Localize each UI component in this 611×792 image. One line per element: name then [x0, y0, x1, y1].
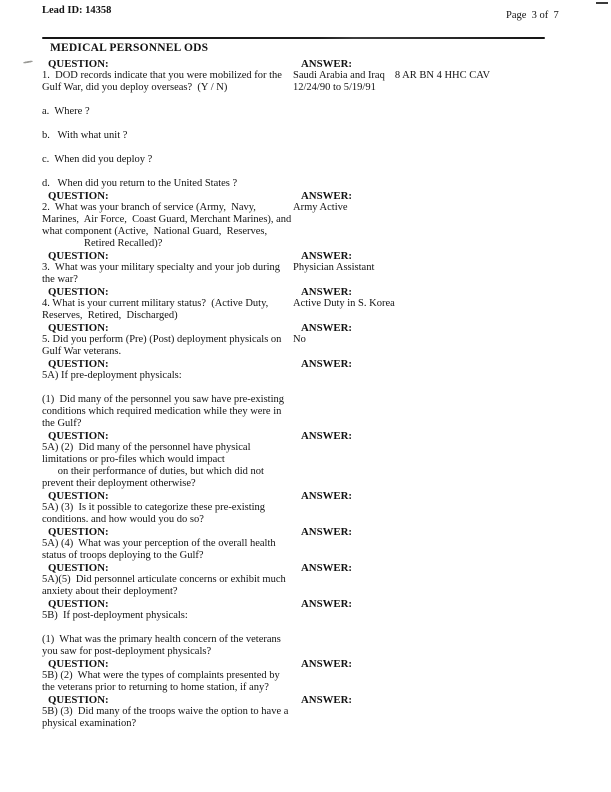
question-sub-line: the Gulf? [42, 418, 293, 430]
question-line: Gulf War veterans. [42, 346, 293, 358]
question-line: physical examination? [42, 718, 293, 730]
question-sub-line: b. With what unit ? [42, 130, 293, 142]
answer-label: ANSWER: [293, 658, 587, 670]
answer-column: ANSWER:Army Active [293, 190, 587, 214]
question-label: QUESTION: [42, 598, 293, 610]
answer-label: ANSWER: [293, 190, 587, 202]
answer-line: Saudi Arabia and Iraq [293, 70, 385, 82]
qa-row: QUESTION:1. DOD records indicate that yo… [42, 58, 587, 190]
question-column: QUESTION:1. DOD records indicate that yo… [42, 58, 293, 190]
scan-artifact-smudge [23, 60, 33, 64]
answer-column: ANSWER: [293, 430, 587, 442]
question-label: QUESTION: [42, 322, 293, 334]
question-line: 5B) If post-deployment physicals: [42, 610, 293, 622]
question-line: Gulf War, did you deploy overseas? (Y / … [42, 82, 293, 94]
qa-block: QUESTION:5A)(5) Did personnel articulate… [42, 562, 587, 598]
question-line: 3. What was your military specialty and … [42, 262, 293, 274]
question-line: Marines, Air Force, Coast Guard, Merchan… [42, 214, 293, 226]
answer-line: 12/24/90 to 5/19/91 [293, 82, 587, 94]
question-column: QUESTION:5B) (3) Did many of the troops … [42, 694, 293, 730]
question-label: QUESTION: [42, 658, 293, 670]
qa-list: QUESTION:1. DOD records indicate that yo… [42, 58, 587, 730]
question-column: QUESTION:2. What was your branch of serv… [42, 190, 293, 250]
qa-block: QUESTION:5. Did you perform (Pre) (Post)… [42, 322, 587, 358]
question-line: 5A)(5) Did personnel articulate concerns… [42, 574, 293, 586]
question-line: on their performance of duties, but whic… [42, 466, 293, 478]
answer-label: ANSWER: [293, 598, 587, 610]
answer-label: ANSWER: [293, 322, 587, 334]
document-content: MEDICAL PERSONNEL ODS QUESTION:1. DOD re… [42, 37, 587, 730]
question-column: QUESTION:5A)(5) Did personnel articulate… [42, 562, 293, 598]
answer-column: ANSWER:No [293, 322, 587, 346]
question-column: QUESTION:5A) (4) What was your perceptio… [42, 526, 293, 562]
answer-column: ANSWER:Physician Assistant [293, 250, 587, 274]
qa-row: QUESTION:5B) If post-deployment physical… [42, 598, 587, 658]
qa-row: QUESTION:5A)(5) Did personnel articulate… [42, 562, 587, 598]
question-column: QUESTION:5A) (3) Is it possible to categ… [42, 490, 293, 526]
qa-row: QUESTION:5A) If pre-deployment physicals… [42, 358, 587, 430]
qa-block: QUESTION:5A) (3) Is it possible to categ… [42, 490, 587, 526]
qa-row: QUESTION:5. Did you perform (Pre) (Post)… [42, 322, 587, 358]
question-line: 5B) (3) Did many of the troops waive the… [42, 706, 293, 718]
qa-row: QUESTION:5A) (3) Is it possible to categ… [42, 490, 587, 526]
qa-block: QUESTION:5B) If post-deployment physical… [42, 598, 587, 658]
qa-row: QUESTION:5B) (2) What were the types of … [42, 658, 587, 694]
question-label: QUESTION: [42, 58, 293, 70]
answer-column: ANSWER: [293, 598, 587, 610]
question-label: QUESTION: [42, 430, 293, 442]
question-label: QUESTION: [42, 526, 293, 538]
answer-column: ANSWER: [293, 358, 587, 370]
question-line: 5A) (4) What was your perception of the … [42, 538, 293, 550]
answer-label: ANSWER: [293, 58, 587, 70]
question-line: the veterans prior to returning to home … [42, 682, 293, 694]
question-label: QUESTION: [42, 694, 293, 706]
answer-label: ANSWER: [293, 430, 587, 442]
question-sub-paragraph: (1) What was the primary health concern … [42, 634, 293, 658]
question-line: 5A) (2) Did many of the personnel have p… [42, 442, 293, 454]
question-column: QUESTION:5A) (2) Did many of the personn… [42, 430, 293, 490]
question-sub-line: d. When did you return to the United Sta… [42, 178, 293, 190]
answer-line: Army Active [293, 202, 587, 214]
question-label: QUESTION: [42, 562, 293, 574]
answer-line: Active Duty in S. Korea [293, 298, 587, 310]
qa-row: QUESTION:2. What was your branch of serv… [42, 190, 587, 250]
question-line: the war? [42, 274, 293, 286]
question-line: 2. What was your branch of service (Army… [42, 202, 293, 214]
document-page: Lead ID: 14358 Page 3 of 7 MEDICAL PERSO… [0, 0, 611, 792]
question-sub-paragraph: c. When did you deploy ? [42, 154, 293, 166]
header-rule [42, 37, 545, 39]
question-column: QUESTION:5B) If post-deployment physical… [42, 598, 293, 658]
answer-column: ANSWER:Active Duty in S. Korea [293, 286, 587, 310]
document-title: MEDICAL PERSONNEL ODS [42, 42, 587, 54]
answer-line: Physician Assistant [293, 262, 587, 274]
question-sub-line: a. Where ? [42, 106, 293, 118]
question-column: QUESTION:3. What was your military speci… [42, 250, 293, 286]
question-line: what component (Active, National Guard, … [42, 226, 293, 238]
question-sub-paragraph: (1) Did many of the personnel you saw ha… [42, 394, 293, 430]
question-sub-paragraph: a. Where ? [42, 106, 293, 118]
question-line: 5A) (3) Is it possible to categorize the… [42, 502, 293, 514]
answer-column: ANSWER: [293, 694, 587, 706]
lead-id-label: Lead ID: 14358 [42, 5, 111, 16]
question-label: QUESTION: [42, 490, 293, 502]
qa-block: QUESTION:3. What was your military speci… [42, 250, 587, 286]
question-line: 1. DOD records indicate that you were mo… [42, 70, 293, 82]
qa-row: QUESTION:3. What was your military speci… [42, 250, 587, 286]
answer-label: ANSWER: [293, 526, 587, 538]
answer-column: ANSWER:Saudi Arabia and Iraq8 AR BN 4 HH… [293, 58, 587, 94]
answer-label: ANSWER: [293, 286, 587, 298]
qa-block: QUESTION:5A) If pre-deployment physicals… [42, 358, 587, 430]
question-sub-line: (1) What was the primary health concern … [42, 634, 293, 646]
question-sub-line: conditions which required medication whi… [42, 406, 293, 418]
question-line: 5A) If pre-deployment physicals: [42, 370, 293, 382]
answer-label: ANSWER: [293, 358, 587, 370]
question-column: QUESTION:5. Did you perform (Pre) (Post)… [42, 322, 293, 358]
answer-line: No [293, 334, 587, 346]
question-line: Reserves, Retired, Discharged) [42, 310, 293, 322]
answer-column: ANSWER: [293, 658, 587, 670]
question-label: QUESTION: [42, 358, 293, 370]
page-number-label: Page 3 of 7 [506, 10, 559, 21]
question-label: QUESTION: [42, 286, 293, 298]
qa-block: QUESTION:1. DOD records indicate that yo… [42, 58, 587, 190]
answer-column: ANSWER: [293, 562, 587, 574]
qa-row: QUESTION:5A) (4) What was your perceptio… [42, 526, 587, 562]
qa-block: QUESTION:5B) (3) Did many of the troops … [42, 694, 587, 730]
qa-row: QUESTION:5B) (3) Did many of the troops … [42, 694, 587, 730]
question-line: 4. What is your current military status?… [42, 298, 293, 310]
answer-label: ANSWER: [293, 694, 587, 706]
question-column: QUESTION:5B) (2) What were the types of … [42, 658, 293, 694]
question-line: Retired Recalled)? [42, 238, 293, 250]
question-sub-line: c. When did you deploy ? [42, 154, 293, 166]
answer-column: ANSWER: [293, 526, 587, 538]
question-label: QUESTION: [42, 190, 293, 202]
question-line: 5B) (2) What were the types of complaint… [42, 670, 293, 682]
question-line: conditions. and how would you do so? [42, 514, 293, 526]
answer-label: ANSWER: [293, 562, 587, 574]
answer-unit: 8 AR BN 4 HHC CAV [395, 70, 490, 82]
question-label: QUESTION: [42, 250, 293, 262]
qa-block: QUESTION:5A) (2) Did many of the personn… [42, 430, 587, 490]
question-line: limitations or pro-files which would imp… [42, 454, 293, 466]
question-sub-line: you saw for post-deployment physicals? [42, 646, 293, 658]
answer-column: ANSWER: [293, 490, 587, 502]
answer-label: ANSWER: [293, 250, 587, 262]
answer-label: ANSWER: [293, 490, 587, 502]
scan-artifact-dash [596, 2, 608, 4]
qa-row: QUESTION:4. What is your current militar… [42, 286, 587, 322]
question-sub-paragraph: b. With what unit ? [42, 130, 293, 142]
question-column: QUESTION:4. What is your current militar… [42, 286, 293, 322]
qa-block: QUESTION:2. What was your branch of serv… [42, 190, 587, 250]
question-column: QUESTION:5A) If pre-deployment physicals… [42, 358, 293, 430]
question-line: 5. Did you perform (Pre) (Post) deployme… [42, 334, 293, 346]
qa-block: QUESTION:4. What is your current militar… [42, 286, 587, 322]
question-sub-paragraph: d. When did you return to the United Sta… [42, 178, 293, 190]
question-line: status of troops deploying to the Gulf? [42, 550, 293, 562]
answer-line-group: Saudi Arabia and Iraq8 AR BN 4 HHC CAV [293, 70, 587, 82]
qa-block: QUESTION:5B) (2) What were the types of … [42, 658, 587, 694]
question-line: prevent their deployment otherwise? [42, 478, 293, 490]
qa-block: QUESTION:5A) (4) What was your perceptio… [42, 526, 587, 562]
question-sub-line: (1) Did many of the personnel you saw ha… [42, 394, 293, 406]
qa-row: QUESTION:5A) (2) Did many of the personn… [42, 430, 587, 490]
question-line: anxiety about their deployment? [42, 586, 293, 598]
